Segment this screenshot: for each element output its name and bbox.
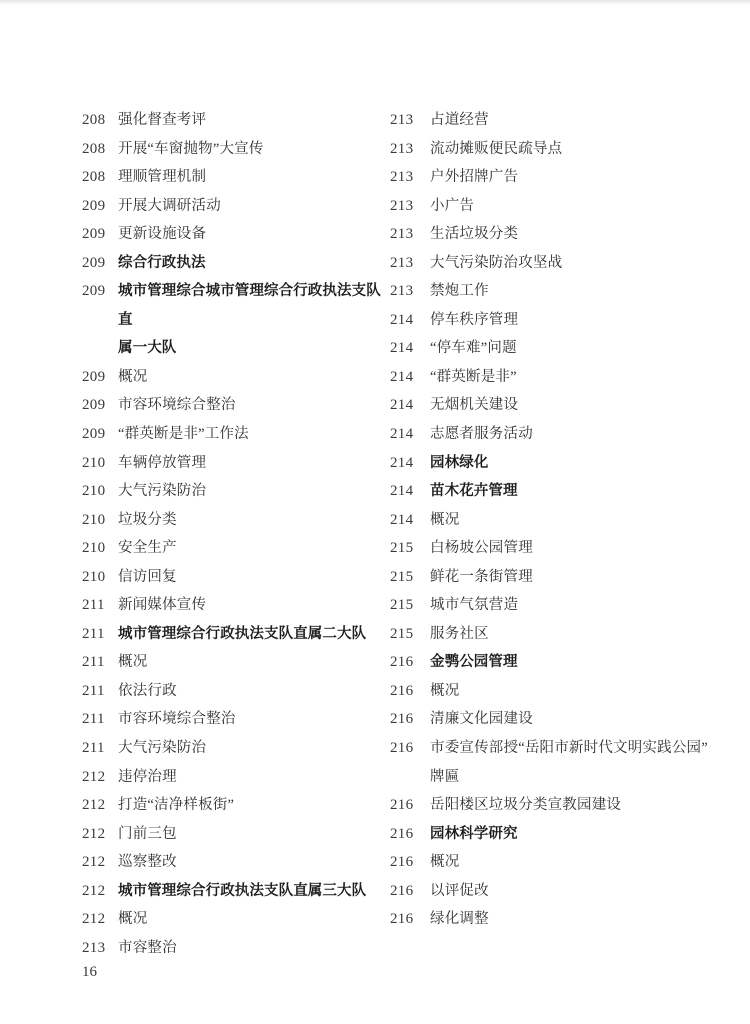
entry-title: 巡察整改	[118, 848, 384, 877]
toc-page: 208强化督查考评208开展“车窗抛物”大宣传208理顺管理机制209开展大调研…	[0, 0, 750, 1024]
entry-page-number: 213	[390, 249, 430, 278]
toc-entry: 213市容整治	[82, 934, 384, 963]
toc-entry: 212巡察整改	[82, 848, 384, 877]
entry-title: 概况	[118, 905, 384, 934]
entry-page-number: 214	[390, 363, 430, 392]
entry-page-number: 215	[390, 534, 430, 563]
entry-page-number: 214	[390, 334, 430, 363]
entry-page-number: 216	[390, 677, 430, 706]
entry-title: 清廉文化园建设	[430, 705, 725, 734]
toc-entry: 209“群英断是非”工作法	[82, 420, 384, 449]
toc-entry: 210车辆停放管理	[82, 449, 384, 478]
entry-title: 大气污染防治攻坚战	[430, 249, 725, 278]
entry-page-number: 210	[82, 477, 118, 506]
toc-entry: 214概况	[390, 506, 725, 535]
entry-title: 金鹗公园管理	[430, 648, 725, 677]
entry-page-number: 211	[82, 705, 118, 734]
toc-entry: 209综合行政执法	[82, 249, 384, 278]
toc-entry: 213流动摊贩便民疏导点	[390, 135, 725, 164]
toc-entry: 209城市管理综合城市管理综合行政执法支队直 属一大队	[82, 277, 384, 363]
entry-page-number: 210	[82, 506, 118, 535]
toc-entry: 209更新设施设备	[82, 220, 384, 249]
entry-title: 市容环境综合整治	[118, 705, 384, 734]
entry-title: 大气污染防治	[118, 477, 384, 506]
entry-page-number: 211	[82, 648, 118, 677]
entry-title: 城市管理综合行政执法支队直属二大队	[118, 620, 384, 649]
entry-page-number: 215	[390, 620, 430, 649]
toc-entry: 214志愿者服务活动	[390, 420, 725, 449]
entry-page-number: 213	[390, 192, 430, 221]
entry-title: 苗木花卉管理	[430, 477, 725, 506]
entry-page-number: 209	[82, 391, 118, 420]
toc-entry: 214无烟机关建设	[390, 391, 725, 420]
entry-title: 无烟机关建设	[430, 391, 725, 420]
page-top-scan-edge	[0, 0, 750, 7]
entry-page-number: 210	[82, 534, 118, 563]
entry-page-number: 213	[390, 220, 430, 249]
entry-page-number: 216	[390, 820, 430, 849]
entry-title: 占道经营	[430, 106, 725, 135]
entry-title: 垃圾分类	[118, 506, 384, 535]
entry-page-number: 211	[82, 677, 118, 706]
entry-page-number: 214	[390, 306, 430, 335]
entry-page-number: 209	[82, 363, 118, 392]
toc-entry: 212打造“洁净样板街”	[82, 791, 384, 820]
entry-title: 流动摊贩便民疏导点	[430, 135, 725, 164]
toc-entry: 212违停治理	[82, 763, 384, 792]
entry-page-number: 216	[390, 705, 430, 734]
entry-page-number: 209	[82, 420, 118, 449]
entry-page-number: 213	[390, 106, 430, 135]
entry-page-number: 208	[82, 135, 118, 164]
entry-title: 新闻媒体宣传	[118, 591, 384, 620]
entry-page-number: 213	[390, 163, 430, 192]
toc-entry: 216园林科学研究	[390, 820, 725, 849]
entry-title: 户外招牌广告	[430, 163, 725, 192]
toc-entry: 213户外招牌广告	[390, 163, 725, 192]
entry-page-number: 209	[82, 249, 118, 278]
toc-entry: 216绿化调整	[390, 905, 725, 934]
entry-title: 志愿者服务活动	[430, 420, 725, 449]
entry-page-number: 216	[390, 877, 430, 906]
entry-page-number: 214	[390, 449, 430, 478]
entry-title: 白杨坡公园管理	[430, 534, 725, 563]
entry-title: “群英断是非”工作法	[118, 420, 384, 449]
entry-page-number: 214	[390, 391, 430, 420]
toc-entry: 210安全生产	[82, 534, 384, 563]
entry-title: 市容整治	[118, 934, 384, 963]
entry-title: 打造“洁净样板街”	[118, 791, 384, 820]
entry-page-number: 210	[82, 563, 118, 592]
entry-title: 更新设施设备	[118, 220, 384, 249]
entry-page-number: 216	[390, 648, 430, 677]
entry-title: 岳阳楼区垃圾分类宣教园建设	[430, 791, 725, 820]
entry-title: 强化督查考评	[118, 106, 384, 135]
entry-page-number: 213	[390, 135, 430, 164]
entry-title: 综合行政执法	[118, 249, 384, 278]
toc-entry: 209开展大调研活动	[82, 192, 384, 221]
toc-entry: 216清廉文化园建设	[390, 705, 725, 734]
toc-entry: 215城市气氛营造	[390, 591, 725, 620]
entry-page-number: 216	[390, 734, 430, 763]
entry-title: 城市气氛营造	[430, 591, 725, 620]
entry-page-number: 209	[82, 192, 118, 221]
toc-entry: 213禁炮工作	[390, 277, 725, 306]
entry-page-number: 212	[82, 877, 118, 906]
toc-entry: 214停车秩序管理	[390, 306, 725, 335]
toc-entry: 211概况	[82, 648, 384, 677]
entry-page-number: 214	[390, 420, 430, 449]
entry-page-number: 209	[82, 277, 118, 306]
toc-entry: 208强化督查考评	[82, 106, 384, 135]
toc-entry: 208开展“车窗抛物”大宣传	[82, 135, 384, 164]
toc-entry: 211依法行政	[82, 677, 384, 706]
entry-title: 开展大调研活动	[118, 192, 384, 221]
entry-page-number: 213	[82, 934, 118, 963]
toc-entry: 214园林绿化	[390, 449, 725, 478]
entry-page-number: 209	[82, 220, 118, 249]
entry-title: 依法行政	[118, 677, 384, 706]
entry-page-number: 215	[390, 563, 430, 592]
entry-title: 安全生产	[118, 534, 384, 563]
entry-title: 园林绿化	[430, 449, 725, 478]
entry-title: “停车难”问题	[430, 334, 725, 363]
toc-entry: 215白杨坡公园管理	[390, 534, 725, 563]
entry-title: 禁炮工作	[430, 277, 725, 306]
entry-page-number: 210	[82, 449, 118, 478]
entry-title: 门前三包	[118, 820, 384, 849]
entry-title: 园林科学研究	[430, 820, 725, 849]
entry-title: 理顺管理机制	[118, 163, 384, 192]
toc-entry: 210信访回复	[82, 563, 384, 592]
entry-title: 鲜花一条街管理	[430, 563, 725, 592]
entry-page-number: 215	[390, 591, 430, 620]
entry-page-number: 214	[390, 506, 430, 535]
entry-page-number: 208	[82, 163, 118, 192]
toc-entry: 214苗木花卉管理	[390, 477, 725, 506]
toc-entry: 216概况	[390, 848, 725, 877]
entry-title: 违停治理	[118, 763, 384, 792]
entry-page-number: 208	[82, 106, 118, 135]
toc-entry: 212城市管理综合行政执法支队直属三大队	[82, 877, 384, 906]
entry-title: 停车秩序管理	[430, 306, 725, 335]
toc-entry: 213生活垃圾分类	[390, 220, 725, 249]
entry-title: 绿化调整	[430, 905, 725, 934]
toc-entry: 216岳阳楼区垃圾分类宣教园建设	[390, 791, 725, 820]
entry-title: 概况	[118, 648, 384, 677]
entry-page-number: 216	[390, 848, 430, 877]
entry-page-number: 212	[82, 763, 118, 792]
entry-title: 概况	[430, 848, 725, 877]
toc-entry: 215鲜花一条街管理	[390, 563, 725, 592]
toc-entry: 216以评促改	[390, 877, 725, 906]
entry-title: 城市管理综合行政执法支队直属三大队	[118, 877, 384, 906]
entry-page-number: 212	[82, 905, 118, 934]
toc-entry: 211城市管理综合行政执法支队直属二大队	[82, 620, 384, 649]
entry-page-number: 212	[82, 791, 118, 820]
entry-title: 市容环境综合整治	[118, 391, 384, 420]
entry-page-number: 212	[82, 820, 118, 849]
entry-title: 服务社区	[430, 620, 725, 649]
entry-title: 车辆停放管理	[118, 449, 384, 478]
entry-title: 信访回复	[118, 563, 384, 592]
entry-page-number: 211	[82, 734, 118, 763]
toc-entry: 209市容环境综合整治	[82, 391, 384, 420]
entry-title: 以评促改	[430, 877, 725, 906]
entry-title: 小广告	[430, 192, 725, 221]
entry-page-number: 213	[390, 277, 430, 306]
entry-page-number: 212	[82, 848, 118, 877]
toc-column-left: 208强化督查考评208开展“车窗抛物”大宣传208理顺管理机制209开展大调研…	[82, 106, 384, 962]
entry-title: 生活垃圾分类	[430, 220, 725, 249]
entry-title: “群英断是非”	[430, 363, 725, 392]
entry-page-number: 216	[390, 905, 430, 934]
entry-page-number: 216	[390, 791, 430, 820]
toc-entry: 213大气污染防治攻坚战	[390, 249, 725, 278]
entry-page-number: 211	[82, 620, 118, 649]
toc-entry: 216概况	[390, 677, 725, 706]
toc-entry: 210大气污染防治	[82, 477, 384, 506]
entry-title: 概况	[118, 363, 384, 392]
toc-entry: 213占道经营	[390, 106, 725, 135]
toc-entry: 211市容环境综合整治	[82, 705, 384, 734]
entry-title: 开展“车窗抛物”大宣传	[118, 135, 384, 164]
entry-page-number: 211	[82, 591, 118, 620]
toc-entry: 214“停车难”问题	[390, 334, 725, 363]
entry-title: 大气污染防治	[118, 734, 384, 763]
toc-entry: 210垃圾分类	[82, 506, 384, 535]
toc-entry: 216金鹗公园管理	[390, 648, 725, 677]
footer-page-number: 16	[82, 961, 97, 983]
toc-entry: 211大气污染防治	[82, 734, 384, 763]
entry-title: 概况	[430, 506, 725, 535]
toc-entry: 213小广告	[390, 192, 725, 221]
entry-page-number: 214	[390, 477, 430, 506]
toc-entry: 212概况	[82, 905, 384, 934]
toc-entry: 208理顺管理机制	[82, 163, 384, 192]
toc-entry: 211新闻媒体宣传	[82, 591, 384, 620]
toc-entry: 214“群英断是非”	[390, 363, 725, 392]
entry-title: 城市管理综合城市管理综合行政执法支队直 属一大队	[118, 277, 384, 363]
entry-title: 概况	[430, 677, 725, 706]
toc-entry: 216市委宣传部授“岳阳市新时代文明实践公园” 牌匾	[390, 734, 725, 791]
toc-entry: 209概况	[82, 363, 384, 392]
toc-entry: 212门前三包	[82, 820, 384, 849]
entry-title: 市委宣传部授“岳阳市新时代文明实践公园” 牌匾	[430, 734, 725, 791]
toc-column-right: 213占道经营213流动摊贩便民疏导点213户外招牌广告213小广告213生活垃…	[390, 106, 725, 934]
toc-entry: 215服务社区	[390, 620, 725, 649]
